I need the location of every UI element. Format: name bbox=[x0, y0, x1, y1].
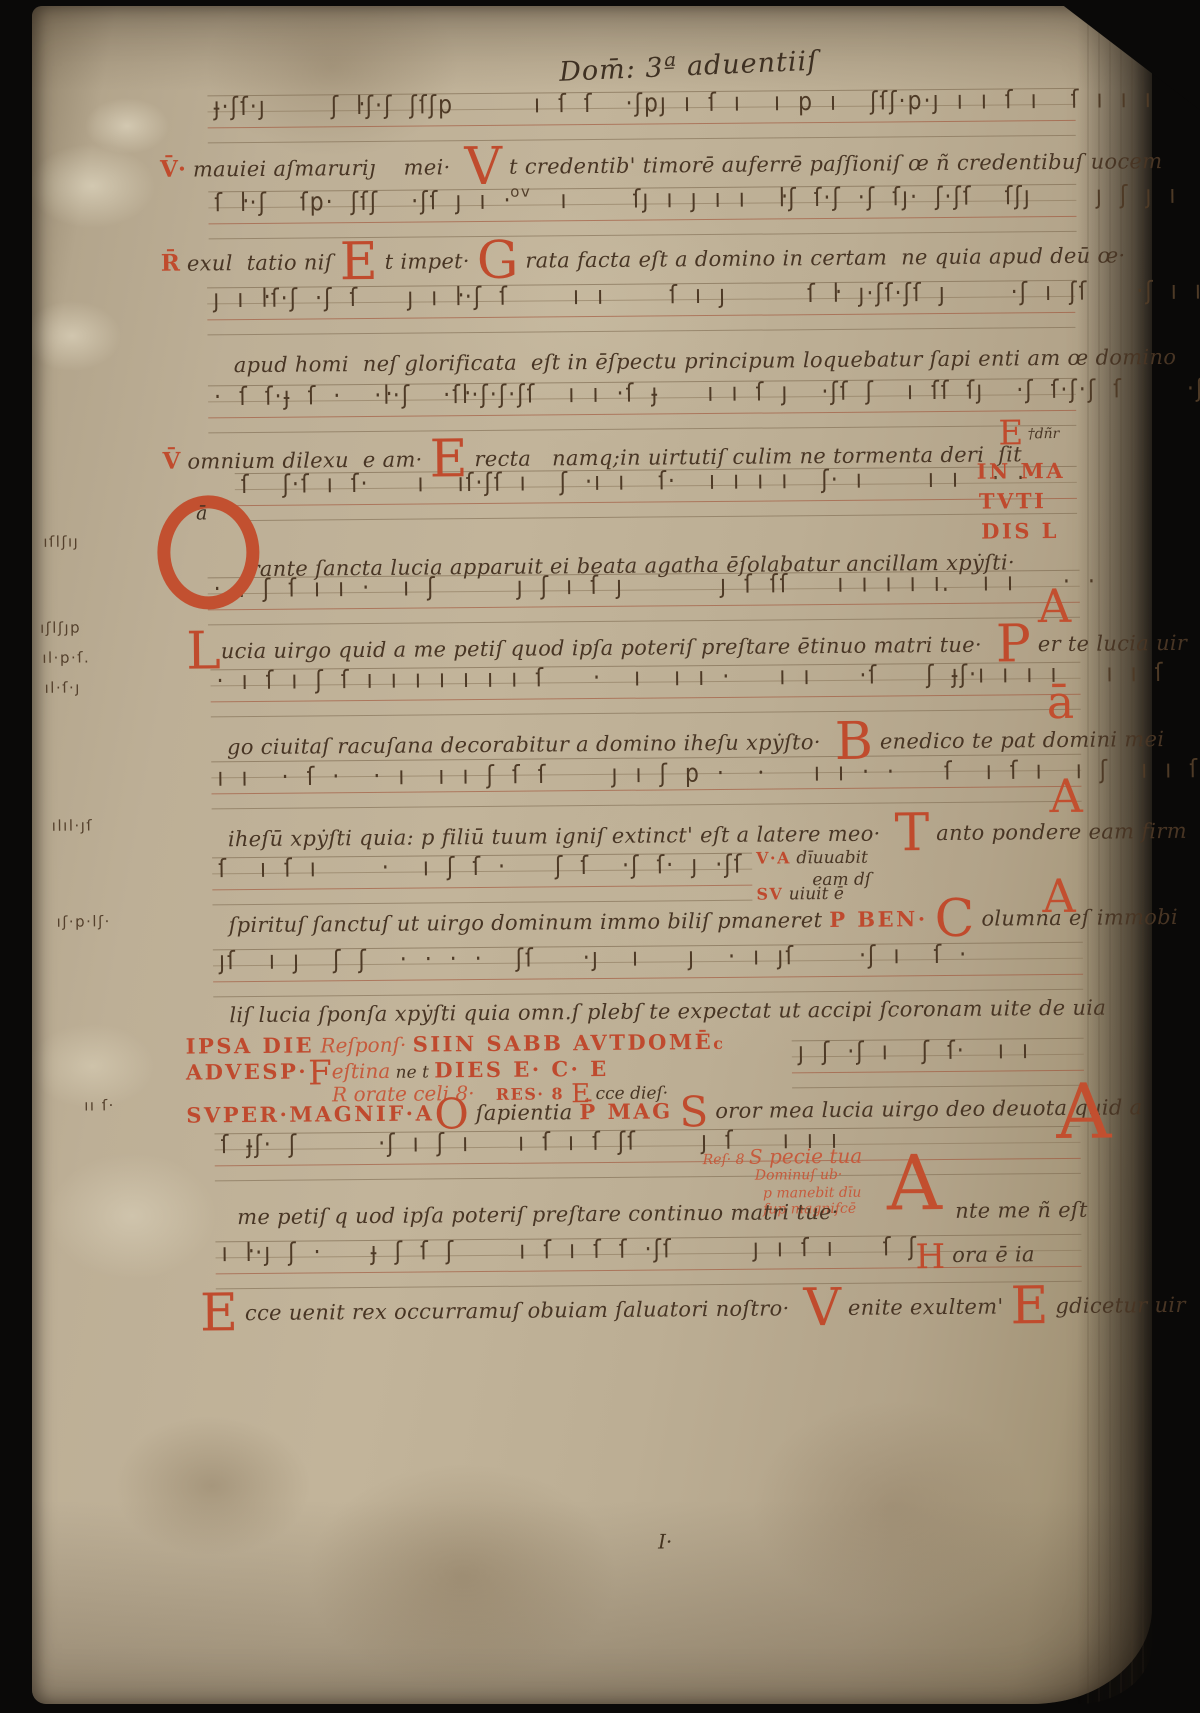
initial-letter: L bbox=[186, 621, 221, 681]
initial-letter: E bbox=[429, 429, 467, 489]
body-text: ſpirituſ ſanctuſ ut uirgo dominum immo b… bbox=[229, 908, 830, 937]
initial-letter: E bbox=[339, 232, 377, 292]
body-text: enite exultem' bbox=[841, 1294, 1011, 1319]
rubric-text: V̄ bbox=[162, 448, 180, 475]
margin-rubric-3: DIS L bbox=[981, 518, 1059, 544]
body-text: rata facta eſt a domino in certam ne qui… bbox=[518, 243, 1125, 272]
body-text: nte me ñ eſt bbox=[955, 1198, 1088, 1223]
margin-cap-a4: A bbox=[1042, 878, 1076, 916]
text-line-13: E cce uenit rex occurramuſ obuiam ſaluat… bbox=[200, 1285, 1186, 1335]
initial-letter: E bbox=[1010, 1276, 1048, 1336]
body-text: exul tatio niſ bbox=[180, 250, 340, 275]
neume-row: ȷſ ı ȷ ʃ ʃ · · · · ʃſ ·ȷ ı ȷ · ı ȷſ ·ʃ ı… bbox=[219, 941, 969, 976]
manuscript-content: Dom̄: 3ª aduentiiſ ɟ·ʃſ·ȷ ʃ ŀʃ·ʃ ʃſʃp ı … bbox=[0, 0, 1200, 1713]
body-text: ſapientia bbox=[469, 1100, 580, 1125]
initial-letter: A bbox=[1049, 769, 1083, 823]
body-text: iheſū xpẏſti quia: p filiū tuum igniſ ex… bbox=[228, 821, 895, 851]
rubric-text: SIIN SABB AVTDOMĒ bbox=[413, 1029, 714, 1057]
initial-letter: C bbox=[934, 889, 974, 949]
text-line-11: me petiſ q uod ipſa poteriſ preſtare con… bbox=[237, 1200, 839, 1229]
text-line-11b: nte me ñ eſt bbox=[955, 1198, 1088, 1223]
rubric-text: DIS L bbox=[981, 518, 1059, 544]
rubric-text: R̄ bbox=[161, 250, 180, 277]
text-line-2: R̄ exul tatio niſ E t impet· G rata fact… bbox=[161, 235, 1126, 285]
photograph-background: Dom̄: 3ª aduentiiſ ɟ·ʃſ·ȷ ʃ ŀʃ·ʃ ʃſʃp ı … bbox=[0, 0, 1200, 1713]
rubric-text: V·A bbox=[756, 848, 791, 867]
initial-letter: T bbox=[894, 803, 929, 863]
initial-letter: ā bbox=[1046, 675, 1074, 729]
initial-letter: E bbox=[200, 1283, 238, 1343]
body-text: t impet· bbox=[378, 249, 477, 274]
rubric-row-1: IPSA DIE Reſponſ· SIIN SABB AVTDOMĒc bbox=[186, 1029, 725, 1059]
rubric-text: c bbox=[713, 1034, 724, 1053]
body-text: olumna eſ immobi bbox=[974, 905, 1178, 931]
rubric-text: Reſ· 8 bbox=[703, 1152, 749, 1168]
body-text: ucia uirgo quid a me petiſ quod ipſa pot… bbox=[221, 633, 996, 664]
margin-cap-a1: A bbox=[1038, 588, 1072, 626]
initial-letter: A bbox=[1038, 579, 1072, 633]
initial-letter: S bbox=[679, 1087, 708, 1136]
rubric-text: ADVESP· bbox=[186, 1059, 308, 1085]
margin-rubric-e: E †dñr bbox=[998, 420, 1059, 448]
rubric-text: IPSA DIE bbox=[186, 1033, 315, 1059]
staff-system: ȷ ʃ ·ʃ ı ʃ ſ· ı ı bbox=[792, 1034, 1084, 1089]
margin-cap-a5: A bbox=[1056, 1082, 1111, 1143]
margin-neume-mark: ıʃ·p·lʃ· bbox=[57, 912, 111, 930]
staff-system: ȷ ı ŀſ·ʃ ·ʃ ſ ȷ ı ŀ·ʃ ſ ı ı ſ ı ȷ ſ ŀ ȷ·… bbox=[207, 276, 1075, 336]
initial-letter: G bbox=[477, 231, 519, 291]
text-line-8: iheſū xpẏſti quia: p filiū tuum igniſ ex… bbox=[228, 811, 1187, 861]
rubric-text: TVTI bbox=[979, 488, 1047, 514]
initial-letter: H bbox=[915, 1237, 945, 1277]
initial-letter: A bbox=[887, 1138, 943, 1227]
text-line-4: V̄ omnium dilexu e am· E recta namq;in u… bbox=[162, 434, 1022, 483]
text-line-10: liſ lucia ſponſa xpẏſti quia omn.ſ plebſ… bbox=[229, 996, 1106, 1028]
margin-cap-a2: ā bbox=[1047, 684, 1075, 722]
initial-letter: O bbox=[434, 1089, 469, 1138]
text-line-3: apud homi neſ glorificata eſt in ēſpectu… bbox=[234, 345, 1177, 377]
margin-neume-mark: ıl·ſ·ȷ bbox=[44, 679, 80, 697]
neume-row: · ſ ſ·ɟ ſ · ·ŀ·ʃ ·ſŀ·ʃ·ʃ·ʃſ ı ı ·ſ ɟ ı ı… bbox=[214, 375, 1200, 412]
text-line-9: ſpirituſ ſanctuſ ut uirgo dominum immo b… bbox=[228, 897, 1178, 947]
body-text: †dñr bbox=[1023, 426, 1059, 442]
page-header-rubric: Dom̄: 3ª aduentiiſ bbox=[559, 46, 819, 88]
margin-rubric-2: TVTI bbox=[979, 488, 1047, 514]
lines-root: V̄· mauiei aſmaruriȷ mei· V t credentib'… bbox=[0, 0, 1193, 5]
rubric-text: P BEN· bbox=[829, 906, 928, 932]
folio-mark: I· bbox=[658, 1529, 672, 1553]
staff-system: ɟ·ʃſ·ȷ ʃ ŀʃ·ʃ ʃſʃp ı ſ ſ ·ʃpȷ ı ſ ı ı p … bbox=[207, 84, 1075, 144]
initial-O-ornament: ā bbox=[157, 495, 260, 610]
rubric-text: P̄ MAG bbox=[579, 1098, 672, 1124]
body-text: ora ē ia bbox=[945, 1242, 1035, 1267]
initial-letter: A bbox=[1042, 869, 1076, 923]
staff-system: · ſ ſ·ɟ ſ · ·ŀ·ʃ ·ſŀ·ʃ·ʃ·ʃſ ı ı ·ſ ɟ ı ı… bbox=[208, 374, 1076, 434]
neume-row: ɟ·ʃſ·ȷ ʃ ŀʃ·ʃ ʃſʃp ı ſ ſ ·ʃpȷ ı ſ ı ı p … bbox=[213, 84, 1200, 122]
rubric-text: IN MA bbox=[977, 458, 1066, 484]
margin-neume-mark: ılıl·ȷſ bbox=[52, 816, 94, 834]
red-script-3a: Dominuſ ub· bbox=[755, 1164, 843, 1184]
margin-neume-mark: ov bbox=[510, 183, 531, 201]
neume-row: ı ŀ·ȷ ʃ · ɟ ʃ ſ ʃ ı ſ ı ſ ſ ·ʃſ ȷ ı ſ ı … bbox=[221, 1233, 918, 1268]
neume-row: ȷ ʃ ·ʃ ı ʃ ſ· ı ı bbox=[798, 1036, 1031, 1067]
initial-letter: A bbox=[1056, 1067, 1112, 1156]
body-text: er te lucia uir bbox=[1031, 631, 1188, 656]
body-text: omnium dilexu e am· bbox=[180, 447, 429, 473]
text-line-7: go ciuitaſ racuſana decorabitur a domino… bbox=[227, 719, 1165, 769]
body-text: dīuuabit bbox=[791, 848, 868, 869]
body-text: gdicetur uir bbox=[1048, 1293, 1186, 1318]
initial-letter: V bbox=[803, 1278, 841, 1338]
body-text: ne t bbox=[390, 1062, 434, 1082]
margin-neume-mark: ıʃlʃȷp bbox=[40, 619, 81, 637]
body-text: recta namq;in uirtutiſ culim ne tormenta… bbox=[467, 442, 1022, 471]
rubric-text: V̄· bbox=[160, 156, 186, 183]
initial-letter: P bbox=[996, 614, 1032, 674]
body-text: apud homi neſ glorificata eſt in ēſpectu… bbox=[234, 345, 1177, 377]
body-text: enedico te pat domini mei bbox=[873, 727, 1165, 754]
body-text: t credentib' timorē auferrē paſſioniſ œ … bbox=[502, 149, 1163, 179]
initial-letter: B bbox=[834, 712, 873, 772]
body-text: cce uenit rex occurramuſ obuiam ſaluator… bbox=[238, 1296, 804, 1325]
body-text: go ciuitaſ racuſana decorabitur a domino… bbox=[227, 730, 835, 759]
initial-letter: F bbox=[308, 1053, 332, 1093]
margin-neume-mark: ıı ſ· bbox=[84, 1096, 115, 1114]
margin-marks-root: ovıſlʃıȷıʃlʃȷpıl·p·ſ.ıl·ſ·ȷılıl·ȷſıʃ·p·l… bbox=[0, 0, 1193, 5]
staves-root: ɟ·ʃſ·ȷ ʃ ŀʃ·ʃ ʃſʃp ı ſ ſ ·ʃpȷ ı ſ ı ı p … bbox=[0, 0, 1193, 5]
text-line-12h: H ora ē ia bbox=[915, 1242, 1034, 1271]
initial-O-guide-letter: ā bbox=[196, 502, 208, 524]
text-line-1: V̄· mauiei aſmaruriȷ mei· V t credentib'… bbox=[160, 141, 1163, 191]
initial-letter: V bbox=[464, 137, 502, 197]
body-text: mauiei aſmaruriȷ mei· bbox=[186, 155, 465, 181]
big-cap-a: A bbox=[887, 1153, 942, 1214]
margin-cap-a3: A bbox=[1049, 778, 1083, 816]
margin-rubric-1: IN MA bbox=[977, 458, 1066, 484]
margin-neume-mark: ıl·p·ſ. bbox=[42, 648, 90, 666]
red-note-1: V·A dīuuabit bbox=[756, 848, 868, 869]
initial-letter: E bbox=[998, 413, 1023, 453]
rubric-text: eſtina bbox=[332, 1059, 391, 1084]
rubric-text: SVPER·MAGNIF·A bbox=[186, 1100, 434, 1127]
body-text: liſ lucia ſponſa xpẏſti quia omn.ſ plebſ… bbox=[229, 996, 1106, 1028]
body-text: me petiſ q uod ipſa poteriſ preſtare con… bbox=[237, 1200, 839, 1229]
margin-neume-mark: ıſlʃıȷ bbox=[43, 533, 79, 551]
